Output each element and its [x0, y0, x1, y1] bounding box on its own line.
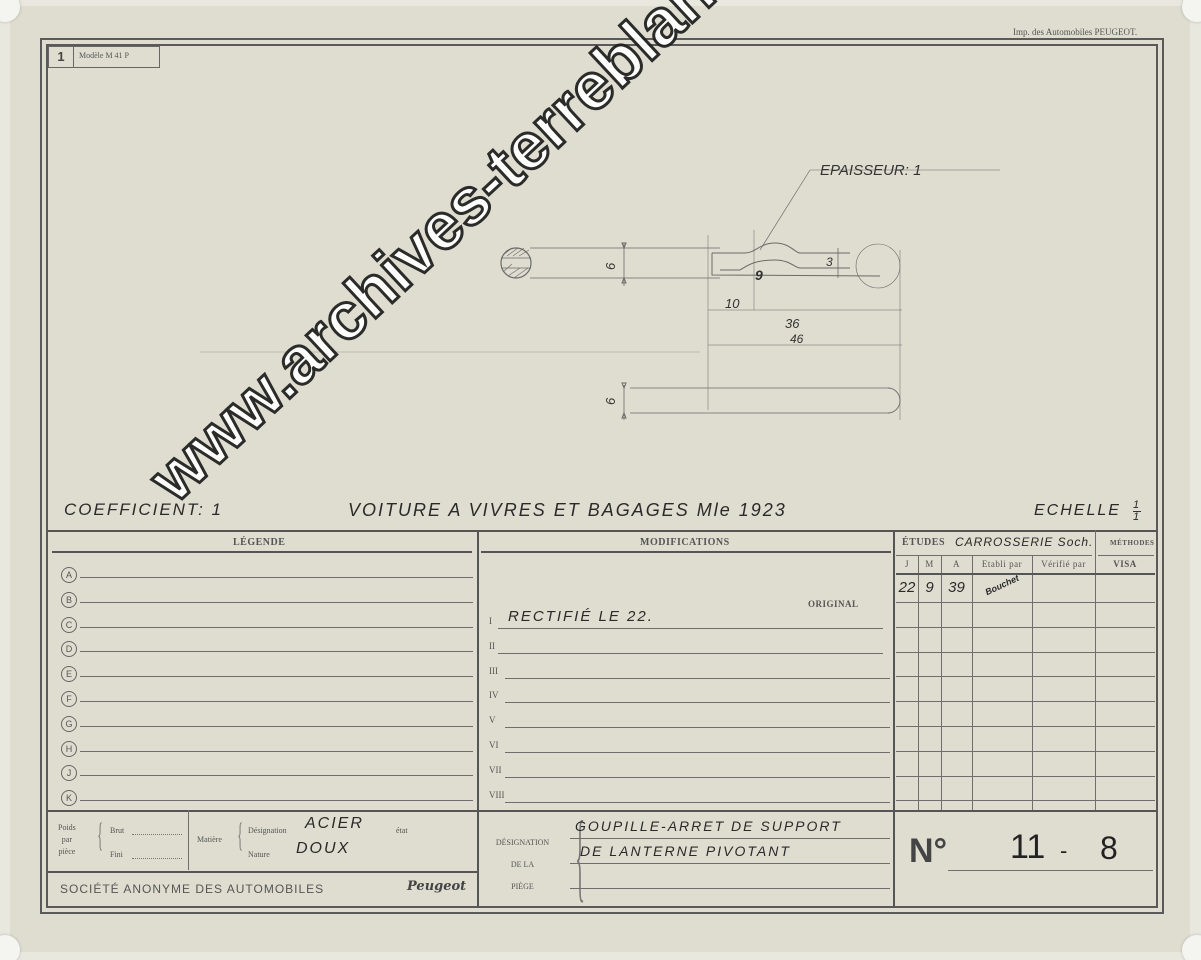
legend-heading: LÉGENDE: [233, 537, 285, 548]
studies-row-line: [896, 676, 1155, 677]
part-name-line-2: DE LANTERNE PIVOTANT: [580, 843, 791, 859]
modification-line[interactable]: [505, 727, 890, 728]
net-value-line[interactable]: [132, 858, 182, 859]
weight-label-3: pièce: [58, 846, 76, 858]
legend-marker: B: [61, 592, 77, 608]
legend-entry-line[interactable]: [80, 701, 473, 702]
studies-row-line: [896, 800, 1155, 801]
rule: [570, 888, 890, 889]
studies-cell-A: 39: [941, 579, 972, 596]
modification-line[interactable]: [505, 802, 890, 803]
part-designation-label-3: PIÈGE: [485, 876, 560, 898]
designation-value: ACIER: [305, 815, 364, 833]
part-number-b: 8: [1100, 830, 1118, 867]
legend-marker: C: [61, 617, 77, 633]
studies-heading: ÉTUDES: [902, 537, 945, 548]
legend-header-rule: [52, 551, 472, 553]
studies-col-divider: [1032, 556, 1033, 810]
legend-entry-line[interactable]: [80, 651, 473, 652]
svg-text:10: 10: [725, 296, 740, 311]
divider: [477, 530, 479, 908]
legend-entry-line[interactable]: [80, 775, 473, 776]
scale-label: ECHELLE: [1034, 502, 1121, 520]
studies-row-line: [896, 602, 1155, 603]
rule: [570, 863, 890, 864]
legend-entry-line[interactable]: [80, 602, 473, 603]
part-designation-label-2: DE LA: [485, 854, 560, 876]
modification-numeral: V: [489, 715, 496, 725]
studies-row-line: [896, 701, 1155, 702]
modification-numeral: IV: [489, 690, 499, 700]
part-number-label: N°: [909, 832, 947, 871]
studies-department: CARROSSERIE Soch.: [955, 535, 1093, 549]
divider: [188, 810, 189, 870]
part-designation-label-1: DÉSIGNATION: [485, 832, 560, 854]
modification-numeral: I: [489, 616, 492, 626]
studies-row-line: [896, 627, 1155, 628]
studies-col-header: Vérifié par: [1032, 559, 1095, 569]
divider: [1095, 530, 1096, 810]
rule: [570, 838, 890, 839]
rule: [47, 871, 477, 873]
modification-numeral: II: [489, 641, 495, 651]
brace: {: [97, 817, 103, 855]
part-number-rule: [948, 870, 1153, 871]
scale-denominator: 1: [1133, 512, 1141, 523]
brace: {: [237, 817, 243, 855]
modification-text: RECTIFIÉ LE 22.: [508, 608, 654, 625]
legend-entry-line[interactable]: [80, 676, 473, 677]
svg-text:46: 46: [790, 332, 804, 346]
modification-numeral: III: [489, 666, 498, 676]
modification-line[interactable]: [498, 628, 883, 629]
studies-row-line: [896, 726, 1155, 727]
lower-block-top: [47, 810, 1157, 812]
weight-label: Poids par pièce: [58, 822, 76, 858]
material-label: Matière: [197, 835, 222, 844]
divider: [893, 530, 895, 908]
modification-line[interactable]: [505, 777, 890, 778]
studies-col-header: M: [918, 559, 941, 569]
studies-row-line: [896, 751, 1155, 752]
weight-label-1: Poids: [58, 822, 76, 834]
modifications-header-rule: [481, 551, 891, 553]
legend-marker: A: [61, 567, 77, 583]
rule: [896, 555, 1092, 556]
studies-col-header: Etabli par: [972, 559, 1032, 569]
svg-text:9: 9: [755, 267, 763, 283]
svg-text:3: 3: [826, 255, 833, 269]
designation-label: Désignation: [248, 826, 287, 835]
modification-numeral: VIII: [489, 790, 505, 800]
studies-cell-J: 22: [896, 579, 918, 596]
methods-heading: MÉTHODES: [1110, 539, 1154, 547]
studies-row-line: [896, 776, 1155, 777]
modifications-heading: MODIFICATIONS: [640, 537, 730, 548]
net-label: Fini: [110, 850, 123, 859]
svg-text:6: 6: [603, 262, 618, 270]
legend-entry-line[interactable]: [80, 577, 473, 578]
modification-line[interactable]: [505, 678, 890, 679]
legend-marker: G: [61, 716, 77, 732]
studies-col-header: A: [941, 559, 972, 569]
legend-entry-line[interactable]: [80, 627, 473, 628]
nature-label: Nature: [248, 850, 270, 859]
studies-col-header: VISA: [1095, 559, 1155, 569]
title-block-top: [47, 530, 1157, 532]
studies-row-line: [896, 652, 1155, 653]
part-name-line-1: GOUPILLE-ARRET DE SUPPORT: [575, 818, 842, 834]
peugeot-logo: Peugeot: [407, 879, 466, 894]
studies-cell-M: 9: [918, 579, 941, 596]
thickness-note: EPAISSEUR: 1: [820, 162, 921, 179]
modification-line[interactable]: [505, 702, 890, 703]
modification-line[interactable]: [498, 653, 883, 654]
part-number-separator: -: [1060, 838, 1067, 864]
studies-col-header: J: [896, 559, 918, 569]
vehicle-title: VOITURE A VIVRES ET BAGAGES Mle 1923: [348, 500, 787, 521]
state-label: état: [396, 826, 408, 835]
legend-marker: F: [61, 691, 77, 707]
weight-label-2: par: [58, 834, 76, 846]
gross-label: Brut: [110, 826, 124, 835]
legend-marker: H: [61, 741, 77, 757]
part-number-a: 11: [1010, 828, 1045, 867]
nature-value: DOUX: [296, 840, 350, 858]
scale-ratio: 1 1: [1133, 500, 1141, 523]
company-name: SOCIÉTÉ ANONYME DES AUTOMOBILES: [60, 882, 324, 896]
svg-text:6: 6: [603, 397, 618, 405]
legend-entry-line[interactable]: [80, 726, 473, 727]
part-designation-label: DÉSIGNATION DE LA PIÈGE: [485, 832, 560, 898]
modification-numeral: VI: [489, 740, 499, 750]
modification-line[interactable]: [505, 752, 890, 753]
gross-value-line[interactable]: [132, 834, 182, 835]
legend-entry-line[interactable]: [80, 751, 473, 752]
svg-text:36: 36: [785, 316, 800, 331]
legend-entry-line[interactable]: [80, 800, 473, 801]
rule: [1098, 555, 1154, 556]
modification-numeral: VII: [489, 765, 502, 775]
original-label: ORIGINAL: [808, 599, 859, 609]
